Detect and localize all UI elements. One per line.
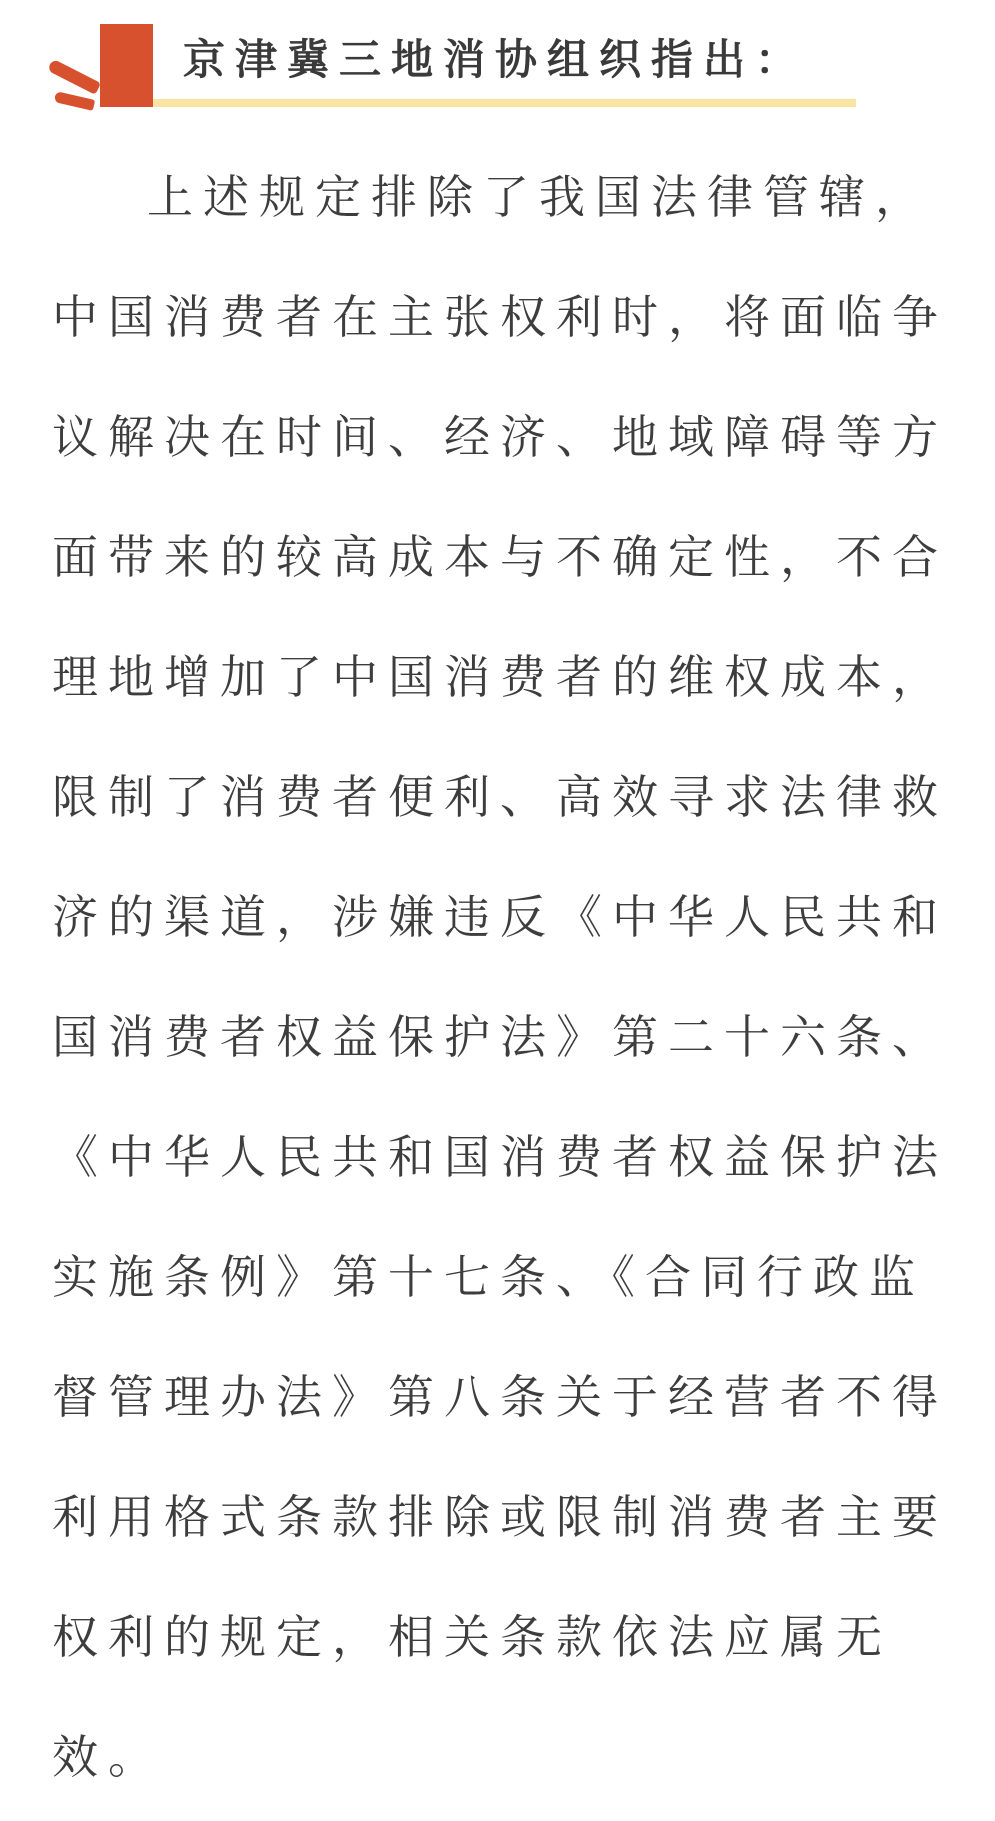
paragraph-line: 权利的规定，相关条款依法应属无: [52, 1609, 892, 1665]
paragraph-line: 面带来的较高成本与不确定性，不合: [52, 529, 948, 585]
paragraph-line: 督管理办法》第八条关于经营者不得: [52, 1369, 948, 1425]
paragraph-line: 实施条例》第十七条、《合同行政监: [52, 1249, 925, 1305]
paragraph-line: 限制了消费者便利、高效寻求法律救: [52, 769, 948, 825]
paragraph-line: 议解决在时间、经济、地域障碍等方: [52, 409, 948, 465]
paragraph-line: 中国消费者在主张权利时，将面临争: [52, 289, 948, 345]
paragraph-line: 利用格式条款排除或限制消费者主要: [52, 1489, 948, 1545]
paragraph-line: 上述规定排除了我国法律管辖，: [147, 169, 931, 225]
paragraph-line: 济的渠道，涉嫌违反《中华人民共和: [52, 889, 948, 945]
paragraph-line: 《中华人民共和国消费者权益保护法: [52, 1129, 948, 1185]
paragraph-line: 效。: [52, 1729, 164, 1785]
paragraph-line: 国消费者权益保护法》第二十六条、: [52, 1009, 948, 1065]
article-paragraph: 上述规定排除了我国法律管辖， 中国消费者在主张权利时，将面临争 议解决在时间、经…: [0, 0, 995, 1821]
paragraph-line: 理地增加了中国消费者的维权成本，: [52, 649, 948, 705]
